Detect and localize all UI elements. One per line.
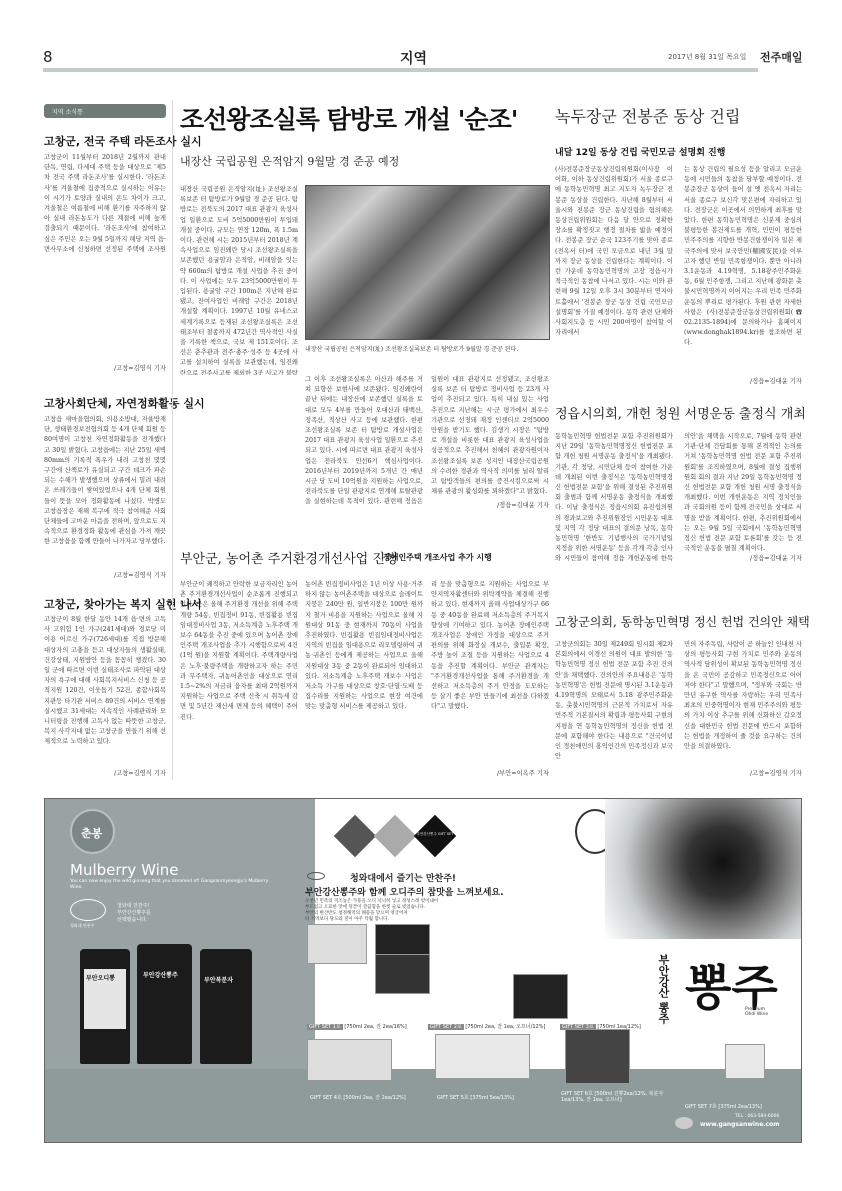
brand-calligraphy: 부안강산 뽕주 [655,954,671,1024]
article-body: 그 이후 조선왕조실록은 아산과 해주를 거쳐 묘향산 보현사에 보존됐다. 임… [305,375,423,505]
article-body: 고창읍 새마을협의회, 의용소방대, 자율방재단, 생태환경보전협의회 등 4개… [44,415,166,570]
article-body: 동학농민혁명 헌법전문 포함 추진위원회가 지난 29일 '동학농민혁명정신 헌… [555,432,673,562]
ad-headline-2: 부안강산뽕주와 함께 오디주의 참맛을 느껴보세요. [305,885,504,898]
article-body: 민의 자주독립, 사람이 곧 하늘인 인내천 사상의 평등사회 구현 가치로 민… [684,640,802,760]
gift-set-image [725,1044,765,1079]
article-photo [305,185,550,340]
byline: /정읍=김대윤 기자 [684,376,802,385]
bottle-label: 부안오디뽕 [86,973,115,982]
blue-house-emblem-icon [70,899,106,921]
blue-house-emblem-icon [307,872,325,880]
article-body: (사)전봉준장군동상건립위원회(이사장 이이화, 이하 동상건립위원회)가 서울… [555,165,673,385]
article-body: 농어촌 빈집정비사업은 1년 이상 사용·거주하지 않는 농어촌주택을 대상으로… [305,580,423,770]
gift-set-image [375,954,430,994]
ad-description: 오천년 민족의 격조높은 가풍을 오디 넉넉히 넣고 정성스레 빚어내어 부드럽… [305,899,438,923]
byline: /정읍=김대윤 기자 [431,500,549,509]
brand-logo: 춘봉 [70,809,115,854]
gift-set-image [435,1034,530,1079]
website-link[interactable]: www.gangsanwine.com [700,1121,779,1128]
article-body: 리 등을 맞춤형으로 지원하는 사업으로 부안지역자활센터와 위탁계약을 체결해… [431,580,549,760]
article-headline: 고창사회단체, 자연정화활동 실시 [44,395,205,411]
gift-set-5: GIFT SET 5호 [375ml 5ea/13%] [437,1094,514,1101]
article-headline: 고창군, 전국 주택 라돈조사 실시 [44,133,202,149]
blackberry-image [334,815,376,857]
gift-set-image [565,1029,630,1084]
ad-subtitle: You can now enjoy the wild ginseng that … [70,879,270,891]
article-headline: 고창군, 찾아가는 복지 실현 나서 [44,596,202,612]
company-logo-icon [675,1117,693,1129]
article-headline: 고창군의회, 동학농민혁명 정신 헌법 건의안 채택 [555,613,810,630]
issue-date: 2017년 8월 31일 목요일 [668,52,746,62]
ad-headline-1: 청와대에서 즐기는 만찬주! [350,871,456,884]
article-headline: 녹두장군 전봉준 동상 건립 [555,104,740,127]
article-subheadline: 장애인주택 개조사업 추가 시행 [383,552,492,563]
column-divider [172,100,173,780]
section-title: 지역 [400,48,427,68]
premium-label: Premium Ohdi Wine [745,1007,775,1017]
wine-bottle: 부안강산뽕주 [137,944,192,1064]
article-body: 고창군이 11월부터 2018년 2월까지 관내 단독, 연립, 다세대 주택 … [44,153,166,253]
emblem-caption: 청와대 만찬주 [70,923,94,929]
main-subheadline: 내장산 국립공원 은적암지 9월말 경 준공 예정 [180,153,399,169]
phone-number: TEL : 063-584-6000 [735,1114,779,1119]
article-body: 내장산 국립공원 은적암지(址) 조선왕조실록보존 터 탐방로가 9월말 경 준… [180,185,298,375]
gift-set-4: GIFT SET 4호 [500ml 2ea, 잔 2ea/12%] [310,1094,406,1101]
wine-bottle: 부안복분자 [200,949,252,1064]
article-body: 부안군이 쾌적하고 안락한 보금자리인 농어촌 주거환경개선사업이 순조롭게 진… [180,580,298,770]
ad-title: Mulberry Wine [70,861,179,879]
advertisement: 춘봉 Mulberry Wine You can now enjoy the w… [44,798,802,1143]
gift-set-badge-label: 부안강산뽕주 GIFT SET [413,832,457,837]
gift-set-image [513,974,568,1019]
emblem-text: 청와대 만찬주! 부안강산뽕주를 선택했습니다. [117,903,151,924]
article-body: 고창군의회는 30일 제249회 임시회 제2차 본회의에서 이경신 의원이 대… [555,640,673,770]
article-body: 의안'을 채택을 시작으로, 7월에 동학 관련 기관·단체 간담회를 통해 본… [684,432,802,552]
article-body: 일원이 대표 관광지로 선정됐고, 조선왕조실록 보존 터 탐방로 정비사업 등… [431,375,549,500]
bottle-label: 부안강산뽕주 [143,970,178,979]
gift-set-1: GIFT SET 1호 [750ml 2ea, 잔 2ea/16%] [307,1023,407,1030]
byline: /고창=김영식 기자 [44,768,166,777]
gift-set-2: GIFT SET 2호 [750ml 2ea, 잔 1ea, 오프너/12%] [428,1023,545,1030]
article-body-cont [44,253,166,353]
section-tag: 지역 소식통 [44,104,166,118]
byline: /고창=김영식 기자 [44,570,166,579]
gift-set-image [307,1039,392,1081]
wine-bottle: 부안오디뽕 [80,949,130,1064]
mulberry-image [605,799,801,939]
header-rule [43,68,378,72]
gift-set-6: GIFT SET 6호 [500ml 진뽕2ea/12%, 복분자1ea/13%… [561,1091,671,1103]
byline: /부안=이옥주 기자 [431,768,549,777]
article-headline: 정읍시의회, 개헌 청원 서명운동 출정식 개최 [555,403,806,422]
article-headline: 부안군, 농어촌 주거환경개선사업 진행 [180,548,397,567]
brand-logo-text: 춘봉 [81,825,102,841]
main-headline: 조선왕조실록 탐방로 개설 '순조' [180,100,517,136]
byline: /고창=김영식 기자 [684,768,802,777]
newspaper-name: 전주매일 [760,49,803,65]
page-number: 8 [43,48,53,66]
bottle-label: 부안복분자 [204,975,233,984]
byline: /정읍=김대윤 기자 [684,553,802,562]
photo-caption: 내장산 국립공원 은적암지(址) 조선왕조실록보존 터 탐방로가 9월말 경 준… [305,344,518,353]
gift-set-7: GIFT SET 7호 [375ml 2ea/13%] [685,1103,762,1110]
byline: /고창=김영식 기자 [44,363,166,372]
fruit-image [374,815,416,857]
article-subheadline: 내달 12일 동상 건립 국민모금 설명회 진행 [555,145,725,158]
article-body: 고창군이 8월 한달 동안 14개 읍·면의 고독사 고위험 1인 가구(241… [44,615,166,758]
header-rule [378,68,758,72]
article-body: 는 동상 건립의 필요성 등을 알리고 모금운동에 시민들의 동참을 당부할 예… [684,165,802,375]
gift-set-image [307,924,367,964]
